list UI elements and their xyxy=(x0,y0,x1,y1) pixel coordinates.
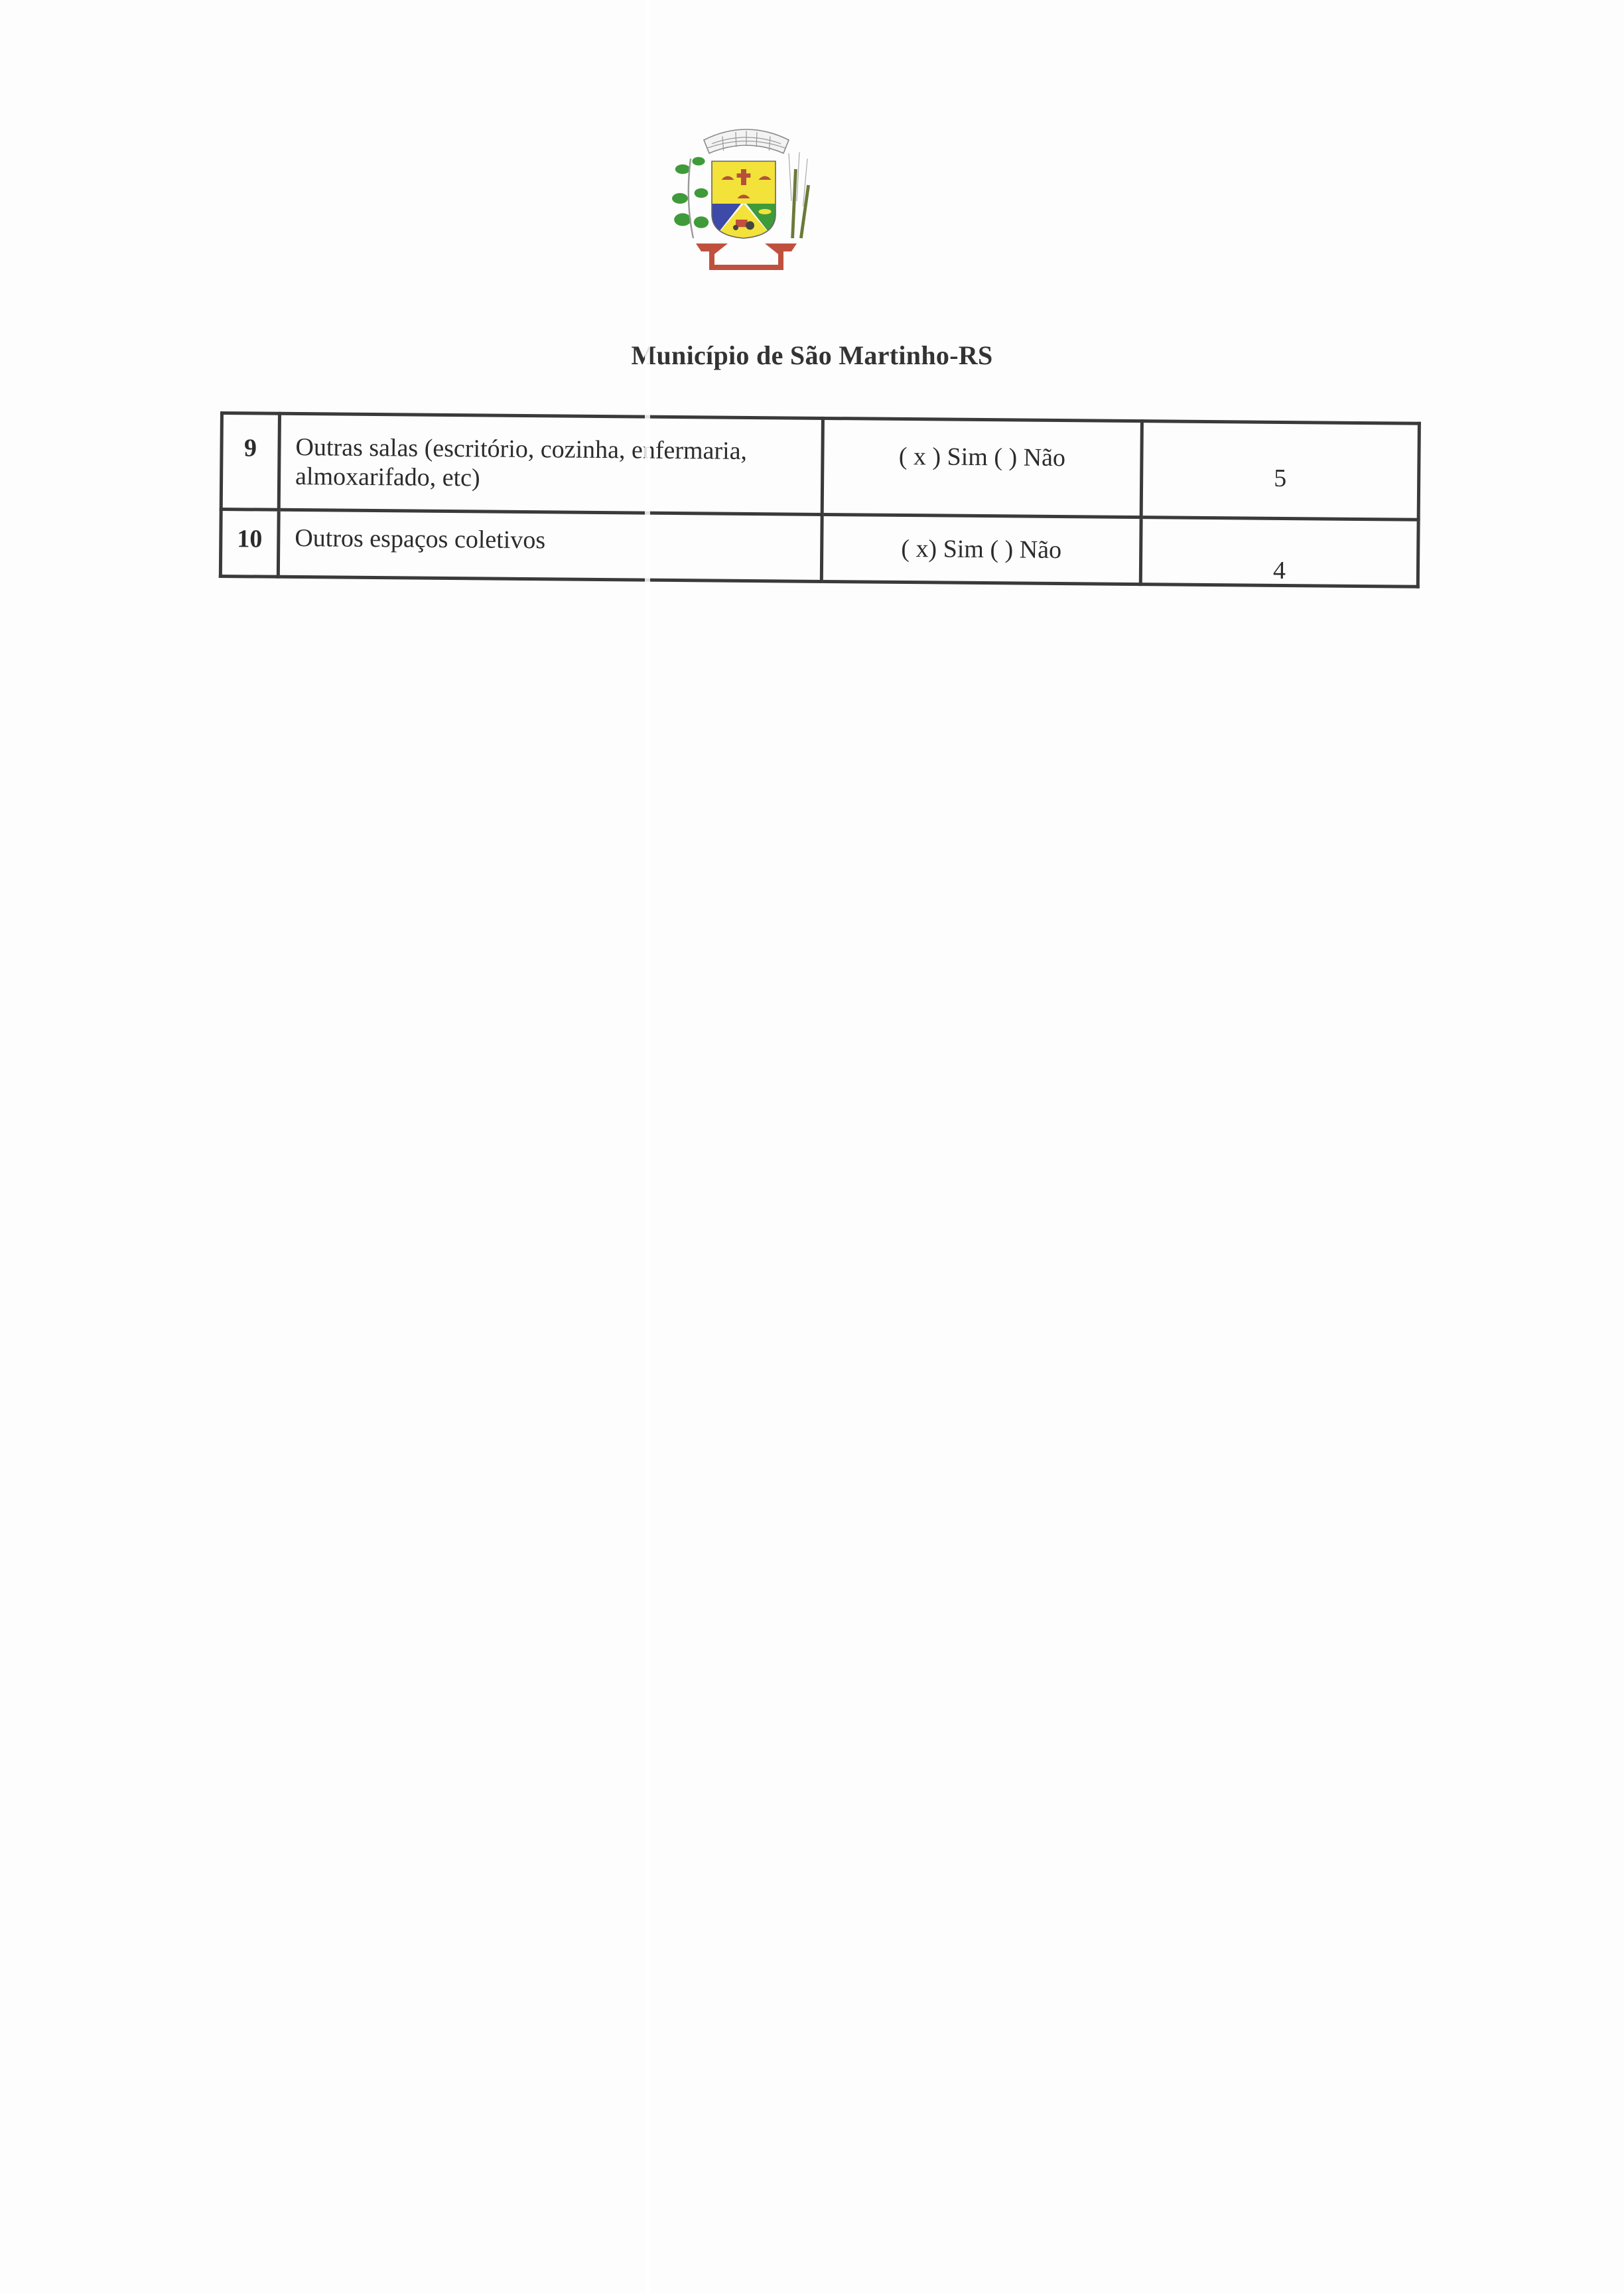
coat-of-arms-icon xyxy=(653,96,839,295)
page-title: Município de São Martinho-RS xyxy=(0,340,1624,371)
row-description: Outros espaços coletivos xyxy=(278,510,822,581)
table-row: 9 Outras salas (escritório, cozinha, enf… xyxy=(221,413,1419,520)
row-quantity: 4 xyxy=(1140,518,1418,587)
table-row: 10 Outros espaços coletivos ( x) Sim ( )… xyxy=(220,510,1418,587)
row-option: ( x ) Sim ( ) Não xyxy=(822,418,1142,517)
row-option: ( x) Sim ( ) Não xyxy=(821,514,1141,584)
row-description: Outras salas (escritório, cozinha, enfer… xyxy=(279,413,823,514)
document-page: Município de São Martinho-RS 9 Outras sa… xyxy=(0,0,1624,2293)
row-number: 9 xyxy=(221,413,279,510)
facilities-table: 9 Outras salas (escritório, cozinha, enf… xyxy=(219,411,1421,589)
row-quantity: 5 xyxy=(1141,421,1419,520)
coat-of-arms-logo xyxy=(653,96,839,295)
row-number: 10 xyxy=(220,510,279,577)
